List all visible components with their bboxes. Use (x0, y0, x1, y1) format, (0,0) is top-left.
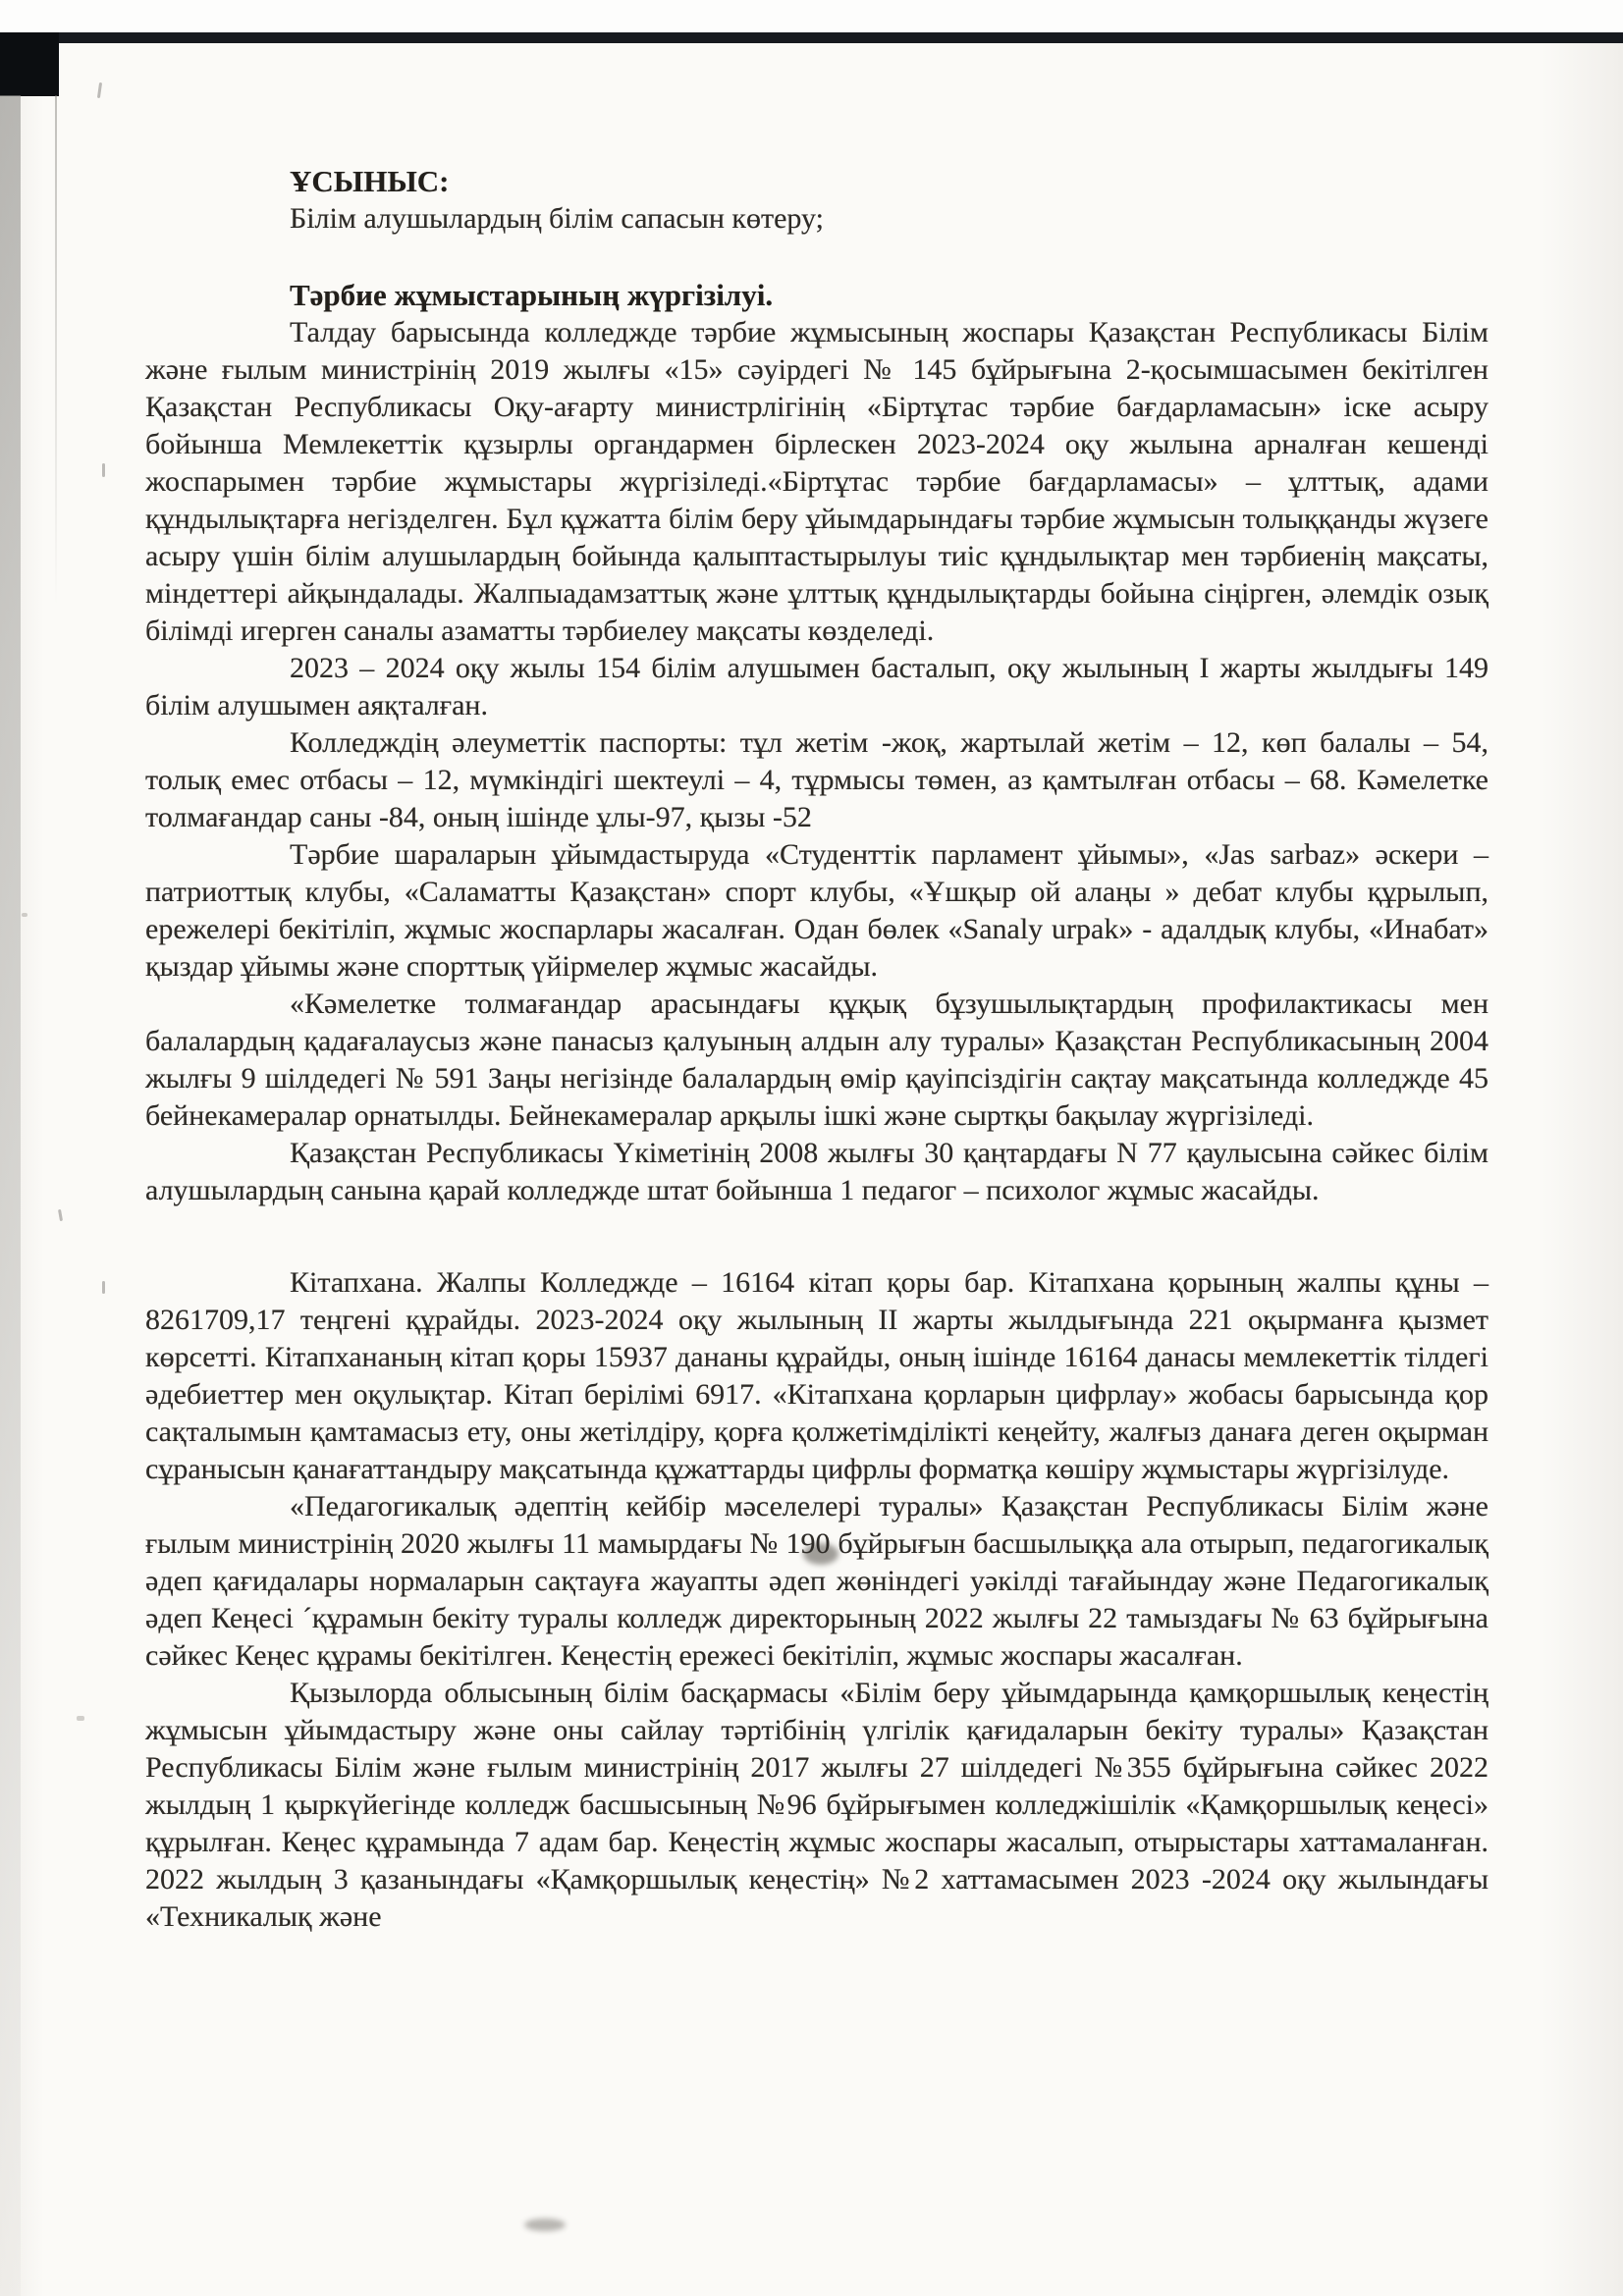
scan-artifact-left-strip (0, 95, 21, 2296)
scan-speck (58, 1209, 63, 1221)
paragraph-psychologist: Қазақстан Республикасы Үкіметінің 2008 ж… (145, 1135, 1488, 1209)
scan-artifact-corner-block (0, 32, 59, 96)
paragraph-social-passport: Колледждің әлеуметтік паспорты: тұл жеті… (145, 724, 1488, 836)
scan-speck (77, 1716, 84, 1721)
paragraph-cameras-law: «Кәмелетке толмағандар арасындағы құқық … (145, 986, 1488, 1135)
scan-artifact-paper-edge (55, 95, 57, 606)
paragraph-pedagogical-ethics: «Педагогикалық әдептің кейбір мәселелері… (145, 1488, 1488, 1675)
paragraph-clubs: Тәрбие шараларын ұйымдастыруда «Студентт… (145, 836, 1488, 986)
document-body: ҰСЫНЫС: Білім алушылардың білім сапасын … (145, 163, 1488, 1936)
paragraph-student-count: 2023 – 2024 оқу жылы 154 білім алушымен … (145, 650, 1488, 724)
scan-top-margin (0, 0, 1623, 32)
scan-artifact-top-band (0, 32, 1623, 43)
scanned-document-page: ҰСЫНЫС: Білім алушылардың білім сапасын … (0, 0, 1623, 2296)
scan-bottom-smudge (524, 2218, 566, 2231)
paragraph-analysis-plan: Талдау барысында колледжде тәрбие жұмысы… (145, 314, 1488, 650)
scan-speck (22, 913, 27, 917)
page-title: ҰСЫНЫС: (290, 163, 1488, 200)
section-heading: Тәрбие жұмыстарының жүргізілуі. (290, 277, 1488, 314)
paragraph-guardianship-board: Қызылорда облысының білім басқармасы «Бі… (145, 1675, 1488, 1936)
scan-speck (97, 82, 102, 98)
title-subline: Білім алушылардың білім сапасын көтеру; (290, 200, 1488, 238)
scan-speck (102, 1281, 105, 1294)
paragraph-library: Кітапхана. Жалпы Колледжде – 16164 кітап… (145, 1264, 1488, 1488)
scan-speck (102, 463, 105, 477)
